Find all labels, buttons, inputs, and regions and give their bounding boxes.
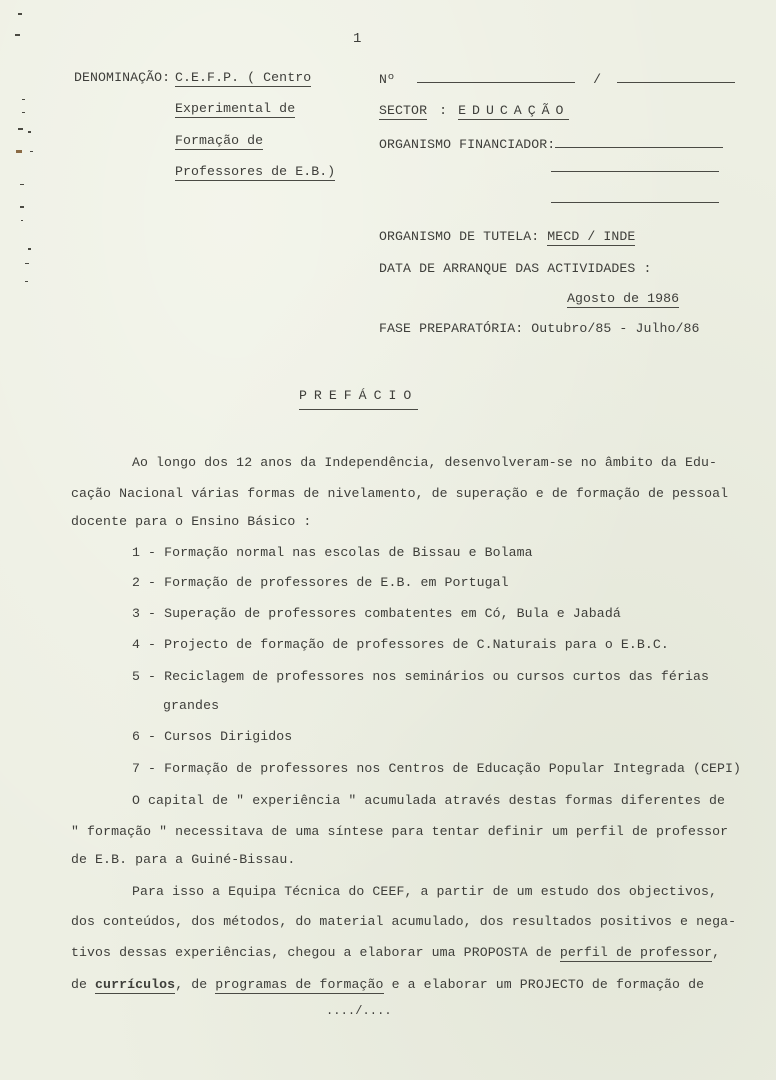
list-text: Formação normal nas escolas de Bissau e … xyxy=(164,545,533,560)
list-text: Projecto de formação de professores de C… xyxy=(164,637,669,652)
denomination-line: C.E.F.P. ( Centro xyxy=(175,70,311,87)
denomination-line: Formação de xyxy=(175,133,263,150)
margin-mark xyxy=(15,34,20,36)
document-page: 1 DENOMINAÇÃO: C.E.F.P. ( Centro Experim… xyxy=(0,0,776,1080)
list-item: 3 - Superação de professores combatentes… xyxy=(132,606,621,621)
list-number: 6 xyxy=(132,729,140,744)
prep-phase-label: FASE PREPARATÓRIA: xyxy=(379,321,523,336)
margin-mark xyxy=(28,131,31,133)
list-text: Formação de professores de E.B. em Portu… xyxy=(164,575,509,590)
list-item: 1 - Formação normal nas escolas de Bissa… xyxy=(132,545,533,560)
list-number: 3 xyxy=(132,606,140,621)
para-line: dos conteúdos, dos métodos, do material … xyxy=(71,914,736,929)
margin-mark xyxy=(16,150,22,153)
para-underlined: perfil de professor xyxy=(560,945,712,962)
capital-line: O capital de " experiência " acumulada a… xyxy=(132,793,725,808)
funder-blank-2 xyxy=(551,171,719,172)
section-title-wrap: PREFÁCIO xyxy=(299,388,418,403)
funder-field: ORGANISMO FINANCIADOR: xyxy=(379,135,723,152)
list-text: Superação de professores combatentes em … xyxy=(164,606,621,621)
denomination-line-underlined: Professores de E.B.) xyxy=(175,164,335,181)
sector-label: SECTOR xyxy=(379,103,427,120)
list-item: 7 - Formação de professores nos Centros … xyxy=(132,761,741,776)
funder-blank xyxy=(555,135,723,148)
para-line: tivos dessas experiências, chegou a elab… xyxy=(71,945,720,960)
margin-mark xyxy=(21,220,23,221)
para-underlined: programas de formação xyxy=(215,977,383,994)
number-blank xyxy=(417,70,575,83)
prep-phase-value: Outubro/85 - Julho/86 xyxy=(531,321,699,336)
denomination-line: Experimental de xyxy=(175,101,295,118)
start-date-label: DATA DE ARRANQUE DAS ACTIVIDADES : xyxy=(379,261,651,276)
denomination-label: DENOMINAÇÃO: xyxy=(74,70,170,85)
year-blank xyxy=(617,70,735,83)
list-text: Reciclagem de professores nos seminários… xyxy=(164,669,709,684)
list-text: Cursos Dirigidos xyxy=(164,729,292,744)
list-item: 2 - Formação de professores de E.B. em P… xyxy=(132,575,509,590)
capital-line: de E.B. para a Guiné-Bissau. xyxy=(71,852,295,867)
margin-mark xyxy=(28,248,31,250)
para-line: de currículos, de programas de formação … xyxy=(71,977,704,992)
para-text: de xyxy=(71,977,95,992)
para-text: e a elaborar um PROJECTO de formação de xyxy=(384,977,705,992)
denomination-line-last: Professores de E.B.) xyxy=(175,164,335,179)
prep-phase-field: FASE PREPARATÓRIA: Outubro/85 - Julho/86 xyxy=(379,321,700,336)
continuation-mark: ..../.... xyxy=(326,1004,392,1018)
para-text: tivos dessas experiências, chegou a elab… xyxy=(71,945,560,960)
sector-field: SECTOR : EDUCAÇÃO xyxy=(379,103,569,118)
margin-mark xyxy=(25,281,28,282)
sector-colon: : xyxy=(439,103,447,118)
intro-line: cação Nacional várias formas de nivelame… xyxy=(71,486,728,501)
margin-mark xyxy=(18,128,23,130)
start-date-field: Agosto de 1986 xyxy=(567,291,679,306)
sector-value: EDUCAÇÃO xyxy=(458,103,569,120)
list-number: 1 xyxy=(132,545,140,560)
margin-mark xyxy=(18,13,22,15)
intro-line: docente para o Ensino Básico : xyxy=(71,514,311,529)
margin-mark xyxy=(22,99,25,100)
margin-mark xyxy=(20,206,24,208)
margin-mark xyxy=(25,263,29,264)
list-item-continuation: grandes xyxy=(163,698,219,713)
intro-line: Ao longo dos 12 anos da Independência, d… xyxy=(132,455,717,470)
list-number: 2 xyxy=(132,575,140,590)
capital-line: " formação " necessitava de uma síntese … xyxy=(71,824,728,839)
list-text: Formação de professores nos Centros de E… xyxy=(164,761,741,776)
list-number: 5 xyxy=(132,669,140,684)
list-number: 7 xyxy=(132,761,140,776)
list-item: 5 - Reciclagem de professores nos seminá… xyxy=(132,669,709,684)
para-text: , xyxy=(712,945,720,960)
number-separator: / xyxy=(593,72,601,87)
list-number: 4 xyxy=(132,637,140,652)
margin-mark xyxy=(20,184,24,185)
funder-label: ORGANISMO FINANCIADOR: xyxy=(379,137,555,152)
list-item: 4 - Projecto de formação de professores … xyxy=(132,637,669,652)
section-title: PREFÁCIO xyxy=(299,388,418,410)
start-date-value: Agosto de 1986 xyxy=(567,291,679,308)
number-field: Nº / xyxy=(379,70,735,87)
number-label: Nº xyxy=(379,72,395,87)
para-line: Para isso a Equipa Técnica do CEEF, a pa… xyxy=(132,884,717,899)
tutela-field: ORGANISMO DE TUTELA: MECD / INDE xyxy=(379,229,635,244)
margin-mark xyxy=(30,151,33,152)
margin-mark xyxy=(22,112,25,113)
para-underlined: currículos xyxy=(95,977,175,994)
tutela-label: ORGANISMO DE TUTELA: xyxy=(379,229,539,244)
list-item: 6 - Cursos Dirigidos xyxy=(132,729,292,744)
tutela-value: MECD / INDE xyxy=(547,229,635,246)
funder-blank-3 xyxy=(551,202,719,203)
page-number: 1 xyxy=(353,31,361,47)
para-text: , de xyxy=(175,977,215,992)
